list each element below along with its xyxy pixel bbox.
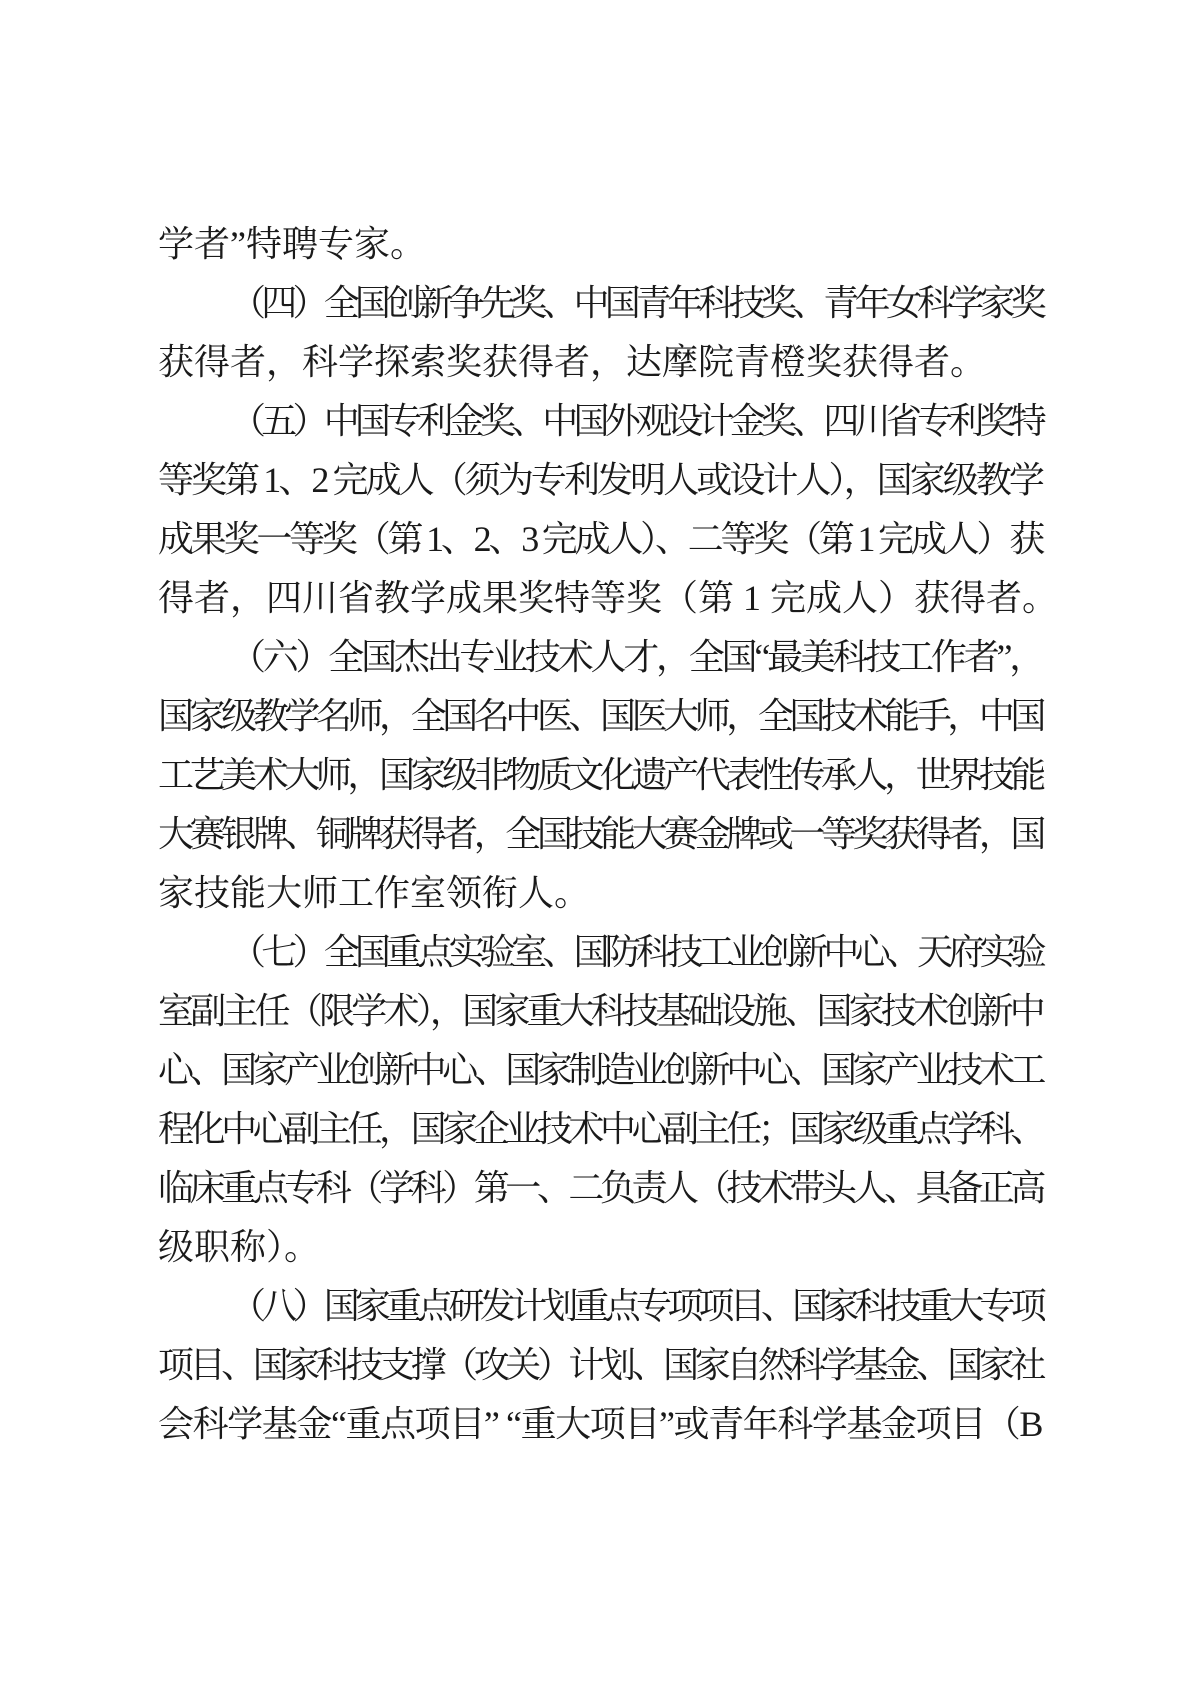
document-line-text: 家技能大师工作室领衔人。: [158, 864, 590, 923]
document-line: 临床重点专科（学科）第一、二负责人（技术带头人、具备正高: [158, 1159, 1042, 1218]
document-line-text: （七）全国重点实验室、国防科技工业创新中心、天府实验: [230, 923, 1042, 982]
document-line: 心、国家产业创新中心、国家制造业创新中心、国家产业技术工: [158, 1041, 1042, 1100]
document-line-text: 大赛银牌、铜牌获得者，全国技能大赛金牌或一等奖获得者，国: [158, 805, 1042, 864]
document-body: 学者”特聘专家。（四）全国创新争先奖、中国青年科技奖、青年女科学家奖获得者，科学…: [158, 215, 1042, 1454]
document-line: 国家级教学名师，全国名中医、国医大师，全国技术能手，中国: [158, 687, 1042, 746]
document-line-text: （四）全国创新争先奖、中国青年科技奖、青年女科学家奖: [230, 274, 1042, 333]
document-line-text: 会科学基金“重点项目” “重大项目”或青年科学基金项目（B: [158, 1395, 1042, 1454]
document-line: （四）全国创新争先奖、中国青年科技奖、青年女科学家奖: [158, 274, 1042, 333]
document-page: 学者”特聘专家。（四）全国创新争先奖、中国青年科技奖、青年女科学家奖获得者，科学…: [0, 0, 1191, 1684]
document-line: 家技能大师工作室领衔人。: [158, 864, 1042, 923]
document-line: （六）全国杰出专业技术人才，全国“最美科技工作者”，: [158, 628, 1042, 687]
document-line-text: 程化中心副主任，国家企业技术中心副主任；国家级重点学科、: [158, 1100, 1042, 1159]
document-line-text: 等奖第 1、2 完成人（须为专利发明人或设计人），国家级教学: [158, 451, 1042, 510]
document-line-text: （八）国家重点研发计划重点专项项目、国家科技重大专项: [230, 1277, 1042, 1336]
document-line-text: （五）中国专利金奖、中国外观设计金奖、四川省专利奖特: [230, 392, 1042, 451]
document-line: 获得者，科学探索奖获得者，达摩院青橙奖获得者。: [158, 333, 1042, 392]
document-line: 项目、国家科技支撑（攻关）计划、国家自然科学基金、国家社: [158, 1336, 1042, 1395]
document-line: 学者”特聘专家。: [158, 215, 1042, 274]
document-line-text: 级职称）。: [158, 1218, 320, 1277]
document-line: 级职称）。: [158, 1218, 1042, 1277]
document-line-text: 心、国家产业创新中心、国家制造业创新中心、国家产业技术工: [158, 1041, 1042, 1100]
document-line-text: 项目、国家科技支撑（攻关）计划、国家自然科学基金、国家社: [158, 1336, 1042, 1395]
document-line: （五）中国专利金奖、中国外观设计金奖、四川省专利奖特: [158, 392, 1042, 451]
document-line-text: 临床重点专科（学科）第一、二负责人（技术带头人、具备正高: [158, 1159, 1042, 1218]
document-line-text: 工艺美术大师，国家级非物质文化遗产代表性传承人，世界技能: [158, 746, 1042, 805]
document-line: 成果奖一等奖（第 1、2、3 完成人）、二等奖（第 1 完成人）获: [158, 510, 1042, 569]
document-line-text: 国家级教学名师，全国名中医、国医大师，全国技术能手，中国: [158, 687, 1042, 746]
document-line-text: 室副主任（限学术），国家重大科技基础设施、国家技术创新中: [158, 982, 1042, 1041]
document-line: 工艺美术大师，国家级非物质文化遗产代表性传承人，世界技能: [158, 746, 1042, 805]
document-line: 等奖第 1、2 完成人（须为专利发明人或设计人），国家级教学: [158, 451, 1042, 510]
document-line: 大赛银牌、铜牌获得者，全国技能大赛金牌或一等奖获得者，国: [158, 805, 1042, 864]
document-line: 室副主任（限学术），国家重大科技基础设施、国家技术创新中: [158, 982, 1042, 1041]
document-line-text: 学者”特聘专家。: [158, 215, 426, 274]
document-line: （八）国家重点研发计划重点专项项目、国家科技重大专项: [158, 1277, 1042, 1336]
document-line-text: （六）全国杰出专业技术人才，全国“最美科技工作者”，: [230, 628, 1042, 687]
document-line: 得者，四川省教学成果奖特等奖（第 1 完成人）获得者。: [158, 569, 1042, 628]
document-line: 程化中心副主任，国家企业技术中心副主任；国家级重点学科、: [158, 1100, 1042, 1159]
document-line: （七）全国重点实验室、国防科技工业创新中心、天府实验: [158, 923, 1042, 982]
document-line-text: 成果奖一等奖（第 1、2、3 完成人）、二等奖（第 1 完成人）获: [158, 510, 1042, 569]
document-line: 会科学基金“重点项目” “重大项目”或青年科学基金项目（B: [158, 1395, 1042, 1454]
document-line-text: 获得者，科学探索奖获得者，达摩院青橙奖获得者。: [158, 333, 986, 392]
document-line-text: 得者，四川省教学成果奖特等奖（第 1 完成人）获得者。: [158, 569, 1058, 628]
